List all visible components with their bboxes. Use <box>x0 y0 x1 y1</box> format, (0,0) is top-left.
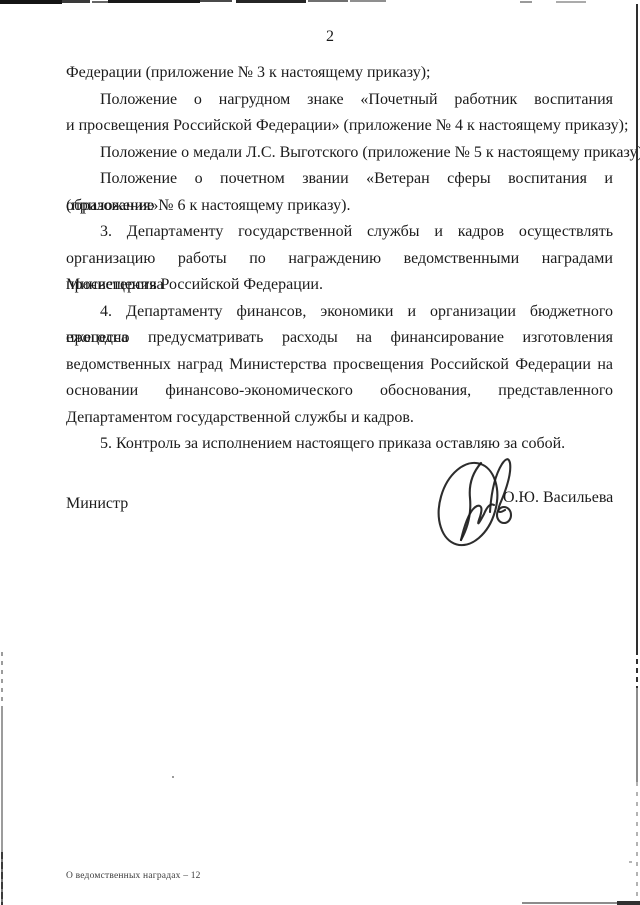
text-line: 5. Контроль за исполнением настоящего пр… <box>66 431 613 458</box>
scan-edge-line-right <box>636 782 638 905</box>
minister-title-label: Министр <box>66 495 128 513</box>
scan-edge-artifact <box>236 0 306 3</box>
page-number: 2 <box>0 28 640 46</box>
scan-edge-line-left <box>1 852 3 905</box>
body-text: Федерации (приложение № 3 к настоящему п… <box>66 60 613 458</box>
text-line: Департаментом государственной службы и к… <box>66 405 613 432</box>
text-line: Положение о медали Л.С. Выготского (прил… <box>66 140 613 167</box>
signer-name: О.Ю. Васильева <box>503 489 613 507</box>
scan-edge-line-left <box>1 652 3 710</box>
scan-edge-artifact <box>520 1 532 3</box>
scan-edge-line-left <box>1 710 3 852</box>
footer-registration-note: О ведомственных наградах – 12 <box>66 871 201 881</box>
text-line: просвещения Российской Федерации. <box>66 272 613 299</box>
text-line: Положение о нагрудном знаке «Почетный ра… <box>66 87 613 114</box>
text-line: 4. Департаменту финансов, экономики и ор… <box>66 299 613 326</box>
scan-edge-artifact <box>556 1 586 3</box>
text-line: (приложение № 6 к настоящему приказу). <box>66 193 613 220</box>
text-line: и просвещения Российской Федерации» (при… <box>66 113 613 140</box>
scan-edge-line-right <box>636 4 638 650</box>
text-line: ежегодно предусматривать расходы на фина… <box>66 325 613 352</box>
text-line: Федерации (приложение № 3 к настоящему п… <box>66 60 613 87</box>
scan-edge-artifact <box>0 0 62 4</box>
text-line: Положение о почетном звании «Ветеран сфе… <box>66 166 613 193</box>
scan-edge-artifact <box>92 1 108 3</box>
scan-edge-artifact <box>350 0 386 2</box>
scanned-document-page: 2 Федерации (приложение № 3 к настоящему… <box>0 0 640 905</box>
text-line: 3. Департаменту государственной службы и… <box>66 219 613 246</box>
text-line: ведомственных наград Министерства просве… <box>66 352 613 379</box>
scan-edge-line-bottom <box>522 902 618 904</box>
scan-edge-artifact <box>108 0 200 3</box>
scan-edge-artifact <box>200 0 232 2</box>
scan-speck <box>629 861 632 863</box>
scan-edge-line-right <box>636 650 638 688</box>
text-line: организацию работы по награждению ведомс… <box>66 246 613 273</box>
scan-speck <box>172 776 174 778</box>
text-line: основании финансово-экономического обосн… <box>66 378 613 405</box>
scan-edge-artifact <box>308 0 348 2</box>
scan-edge-artifact <box>62 0 90 3</box>
scan-edge-line-right <box>636 688 638 782</box>
scan-edge-line-bottom <box>617 901 640 905</box>
